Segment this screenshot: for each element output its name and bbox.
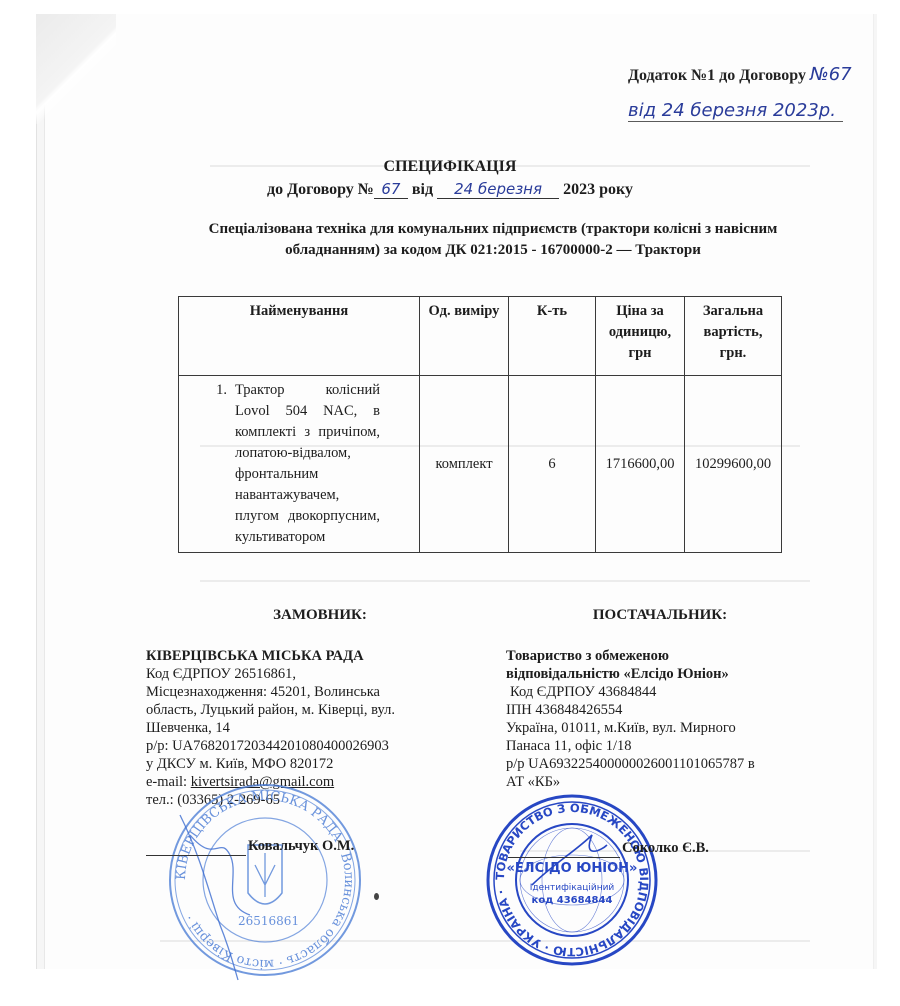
supplier-line: АТ «КБ» [506,773,826,791]
cell-total: 10299600,00 [685,376,782,553]
document-title: СПЕЦИФІКАЦІЯ [0,158,900,176]
handwritten-number: 67 [374,180,408,199]
table-header-row: Найменування Од. виміру К-ть Ціна за оди… [179,297,782,376]
customer-stamp-icon: КІВЕРЦІВСЬКА МІСЬКА РАДА · Волинська обл… [160,775,370,985]
customer-line: Місцезнаходження: 45201, Волинська [146,683,491,701]
supplier-signer: Соколко Є.В. [622,840,709,857]
header-quantity: К-ть [509,297,596,376]
table-row: 1. Трактор колісний Lovol 504 NAC, в ком… [179,376,782,553]
bleed-through [200,580,810,582]
cell-unit-price: 1716600,00 [596,376,685,553]
svg-text:код 43684844: код 43684844 [532,895,613,906]
header-name: Найменування [179,297,420,376]
svg-text:Ідентифікаційний: Ідентифікаційний [530,883,615,893]
supplier-signature-line [508,857,620,858]
customer-line: у ДКСУ м. Київ, МФО 820172 [146,755,491,773]
customer-org: КІВЕРЦІВСЬКА МІСЬКА РАДА [146,647,491,665]
supplier-org: відповідальністю «Елсідо Юніон» [506,665,826,683]
supplier-org: Товариство з обмеженою [506,647,826,665]
handwritten-contract-number: №67 [810,64,852,85]
supplier-heading: ПОСТАЧАЛЬНИК: [495,607,825,624]
annex-label: Додаток №1 до Договору [628,67,806,84]
supplier-stamp-icon: ТОВАРИСТВО З ОБМЕЖЕНОЮ ВІДПОВІДАЛЬНІСТЮ … [482,790,662,970]
svg-text:26516861: 26516861 [238,914,299,928]
subtitle-prefix: до Договору № [267,181,374,198]
subtitle-from: від [412,181,433,198]
customer-line: р/р: UA768201720344201080400026903 [146,737,491,755]
supplier-line: Код ЄДРПОУ 43684844 [506,683,826,701]
customer-signature-line [146,855,246,856]
row-number: 1. [185,380,235,548]
customer-heading: ЗАМОВНИК: [150,607,490,624]
ink-spot [374,893,379,900]
page-corner-fold [36,14,116,124]
subtitle-year: 2023 року [563,181,633,198]
supplier-line: ІПН 436848426554 [506,701,826,719]
annex-header: Додаток №1 до Договору №67 [628,64,852,85]
handwritten-date: 24 березня [437,180,559,199]
customer-line: область, Луцький район, м. Ківерці, вул. [146,701,491,719]
document-subtitle: до Договору №67 від 24 березня 2023 року [0,180,900,199]
supplier-line: р/р UA693225400000026001101065787 в [506,755,826,773]
supplier-line: Панаса 11, офіс 1/18 [506,737,826,755]
header-unit: Од. виміру [420,297,509,376]
cell-quantity: 6 [509,376,596,553]
header-total: Загальна вартість, грн. [685,297,782,376]
customer-line: Шевченка, 14 [146,719,491,737]
supplier-details: Товариство з обмеженою відповідальністю … [506,647,826,791]
cell-name: 1. Трактор колісний Lovol 504 NAC, в ком… [179,376,420,553]
item-name: Трактор колісний Lovol 504 NAC, в компле… [235,380,380,548]
specification-table: Найменування Од. виміру К-ть Ціна за оди… [178,296,782,553]
customer-line: Код ЄДРПОУ 26516861, [146,665,491,683]
handwritten-annex-date: від 24 березня 2023р. [628,100,843,122]
specification-description: Спеціалізована техніка для комунальних п… [168,219,818,261]
customer-signer: Ковальчук О.М. [248,838,354,855]
header-unit-price: Ціна за одиницю, грн [596,297,685,376]
cell-unit: комплект [420,376,509,553]
supplier-line: Україна, 01011, м.Київ, вул. Мирного [506,719,826,737]
svg-text:«ЕЛСІДО ЮНІОН»: «ЕЛСІДО ЮНІОН» [507,861,638,876]
